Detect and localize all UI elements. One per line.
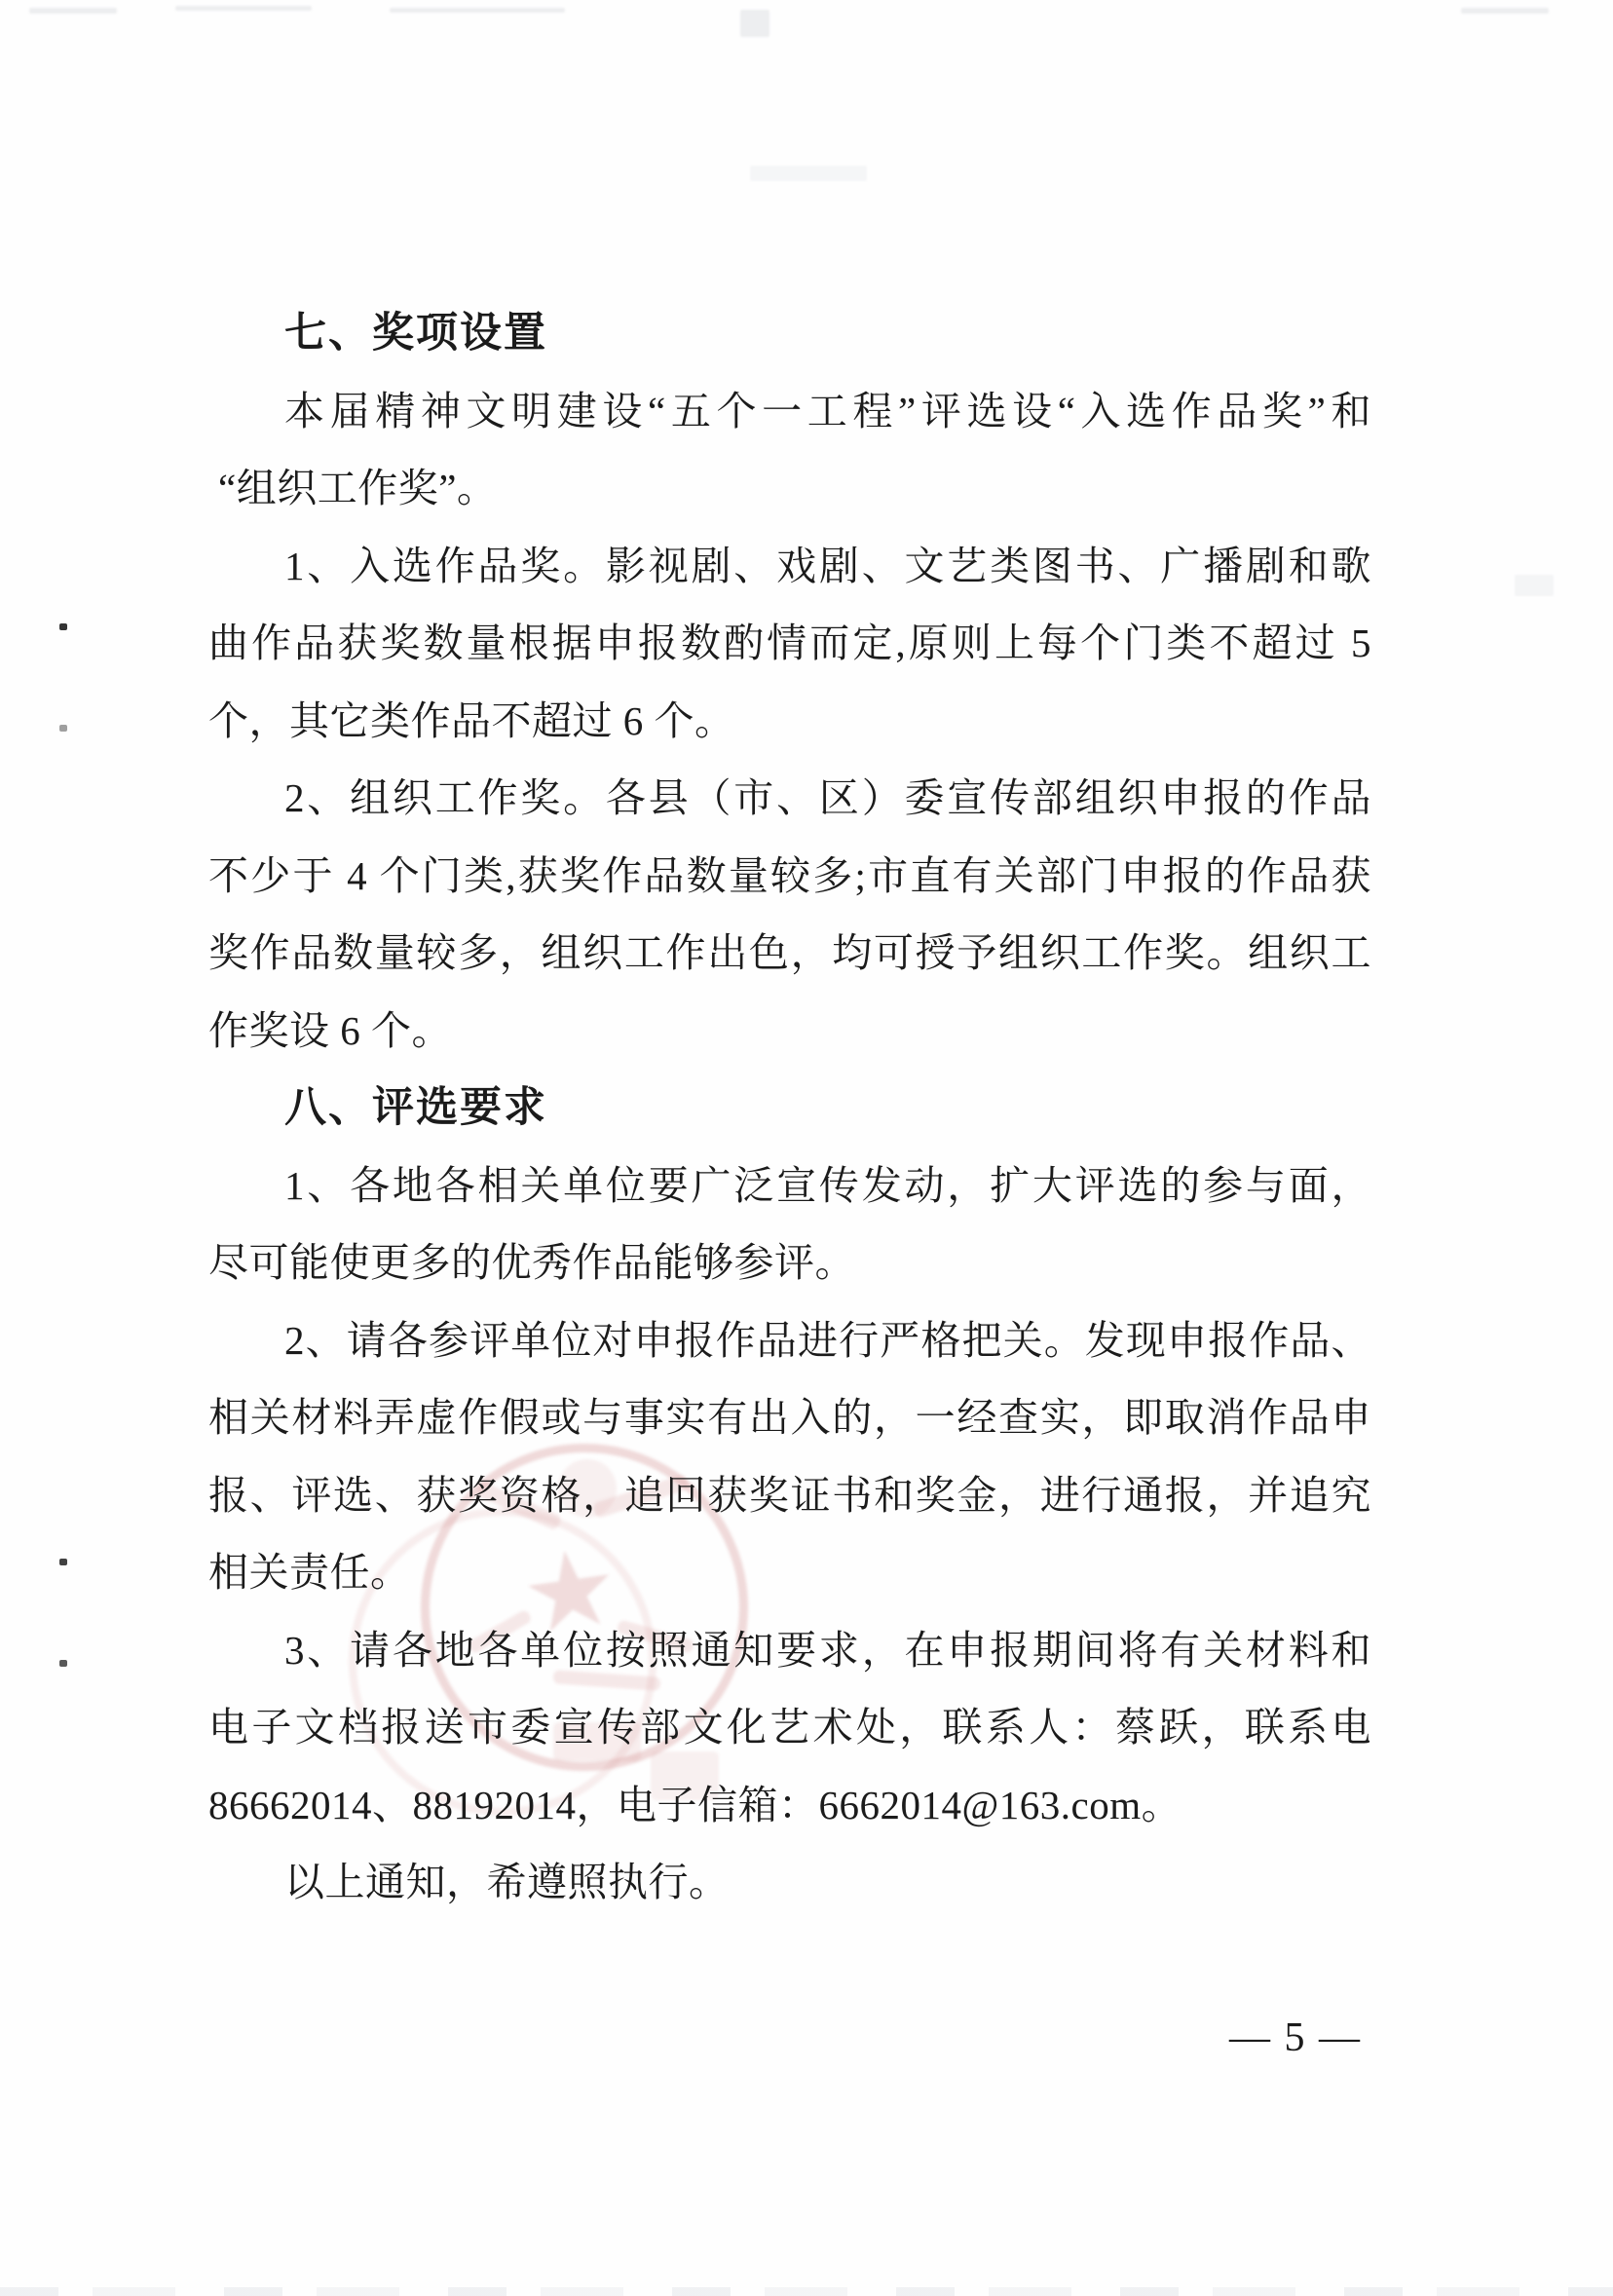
text-line: 电子文档报送市委宣传部文化艺术处，联系人：蔡跃，联系电话： bbox=[208, 1689, 1371, 1767]
ink-speck-icon bbox=[59, 623, 67, 630]
document-text-column: 七、奖项设置本届精神文明建设“五个一工程”评选设“入选作品奖”和“组织工作奖”。… bbox=[208, 295, 1371, 1922]
scan-dust bbox=[1515, 575, 1554, 596]
text-line: 1、各地各相关单位要广泛宣传发动，扩大评选的参与面， bbox=[208, 1148, 1371, 1225]
scan-dust bbox=[175, 6, 312, 11]
scan-dust bbox=[1461, 8, 1549, 14]
scan-dust bbox=[740, 10, 769, 37]
scan-dust bbox=[750, 166, 867, 181]
text-line: 曲作品获奖数量根据申报数酌情而定,原则上每个门类不超过 5 bbox=[208, 605, 1371, 683]
scan-edge-noise bbox=[0, 2287, 1613, 2296]
text-line: 3、请各地各单位按照通知要求，在申报期间将有关材料和 bbox=[208, 1612, 1371, 1690]
text-line: 报、评选、获奖资格，追回获奖证书和奖金，进行通报，并追究 bbox=[208, 1457, 1371, 1535]
page-number: — 5 — bbox=[1213, 2009, 1378, 2067]
text-line: 相关责任。 bbox=[208, 1534, 1371, 1612]
text-line: 不少于 4 个门类,获奖作品数量较多;市直有关部门申报的作品获 bbox=[208, 838, 1371, 916]
text-line: 86662014、88192014，电子信箱：6662014@163.com。 bbox=[208, 1767, 1371, 1845]
text-line: 个，其它类作品不超过 6 个。 bbox=[208, 683, 1371, 761]
section-heading: 八、评选要求 bbox=[208, 1070, 1371, 1148]
scan-dust bbox=[29, 8, 117, 14]
text-line: 尽可能使更多的优秀作品能够参评。 bbox=[208, 1224, 1371, 1302]
ink-speck-icon bbox=[59, 725, 67, 732]
text-line: 奖作品数量较多，组织工作出色，均可授予组织工作奖。组织工 bbox=[208, 915, 1371, 993]
ink-speck-icon bbox=[59, 1660, 67, 1667]
text-line: 相关材料弄虚作假或与事实有出入的，一经查实，即取消作品申 bbox=[208, 1379, 1371, 1457]
text-line: 2、请各参评单位对申报作品进行严格把关。发现申报作品、 bbox=[208, 1302, 1371, 1380]
scanned-notice-page: { "page": { "number_label": "— 5 —", "pa… bbox=[0, 0, 1613, 2296]
text-line: “组织工作奖”。 bbox=[208, 450, 1371, 528]
scan-dust bbox=[390, 8, 565, 13]
text-line: 1、入选作品奖。影视剧、戏剧、文艺类图书、广播剧和歌 bbox=[208, 528, 1371, 606]
text-line: 2、组织工作奖。各县（市、区）委宣传部组织申报的作品 bbox=[208, 760, 1371, 838]
section-heading: 七、奖项设置 bbox=[208, 295, 1371, 373]
text-line: 本届精神文明建设“五个一工程”评选设“入选作品奖”和 bbox=[208, 373, 1371, 451]
text-line: 作奖设 6 个。 bbox=[208, 993, 1371, 1071]
ink-speck-icon bbox=[59, 1559, 67, 1565]
text-line: 以上通知，希遵照执行。 bbox=[208, 1844, 1371, 1922]
